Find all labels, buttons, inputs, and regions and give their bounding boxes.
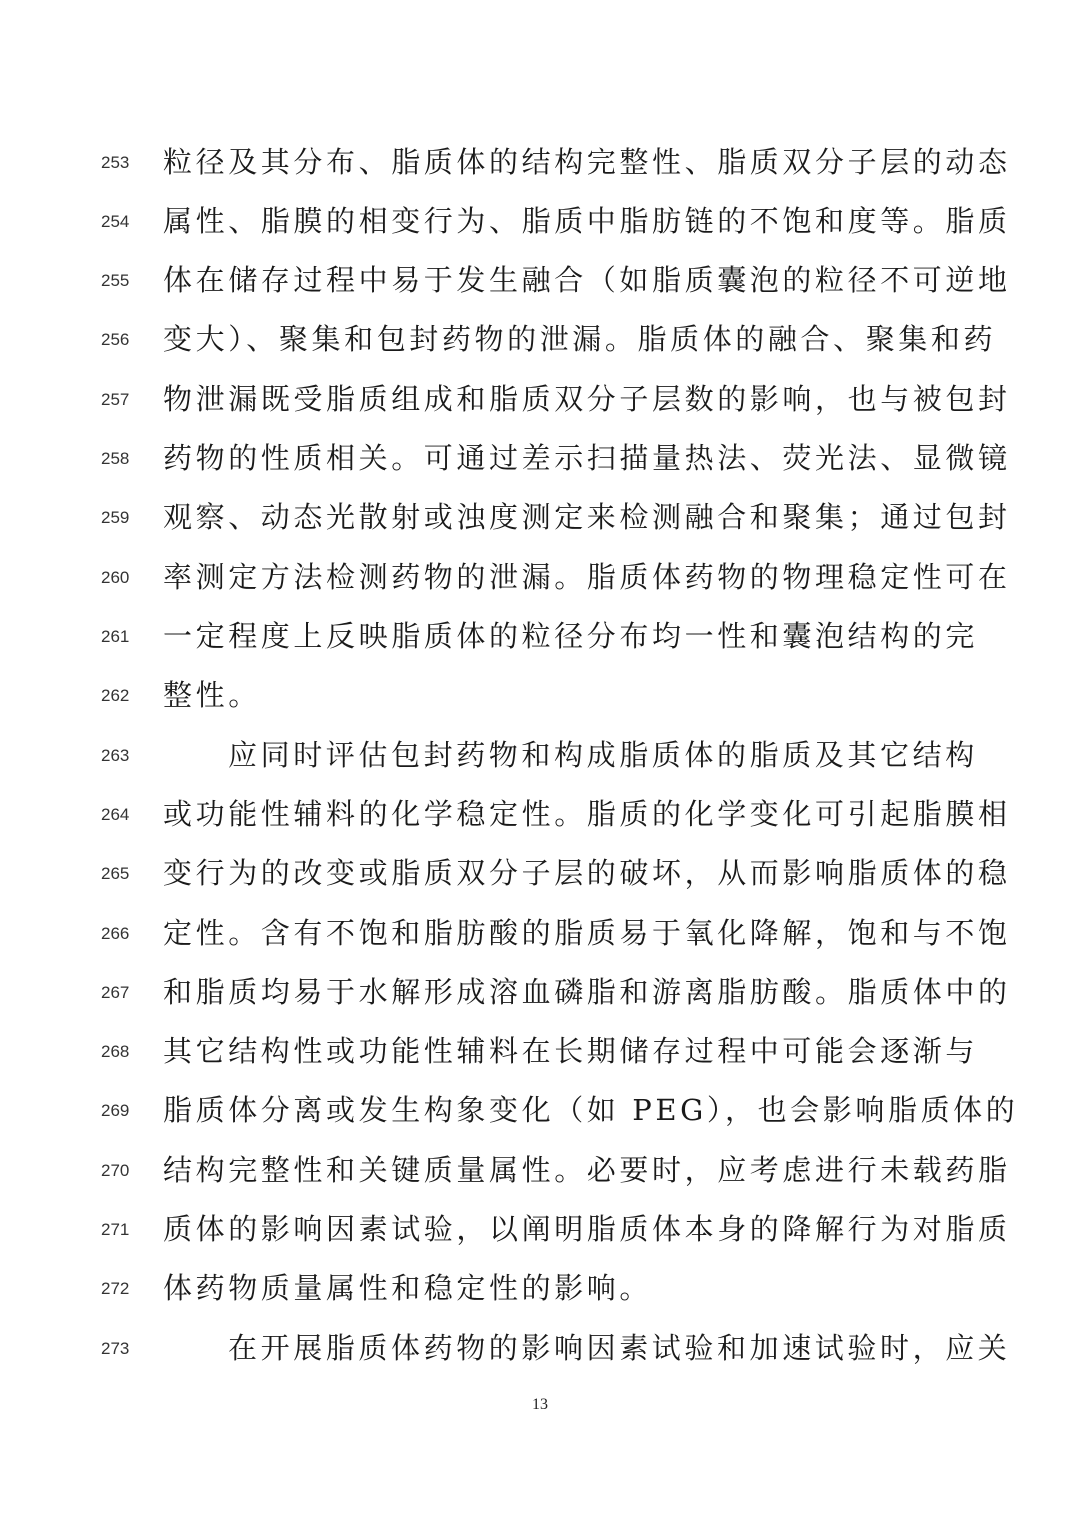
document-line: 266 定性。含有不饱和脂肪酸的脂质易于氧化降解，饱和与不饱	[0, 904, 1080, 963]
line-text: 脂质体分离或发生构象变化（如 PEG），也会影响脂质体的	[163, 1081, 923, 1140]
line-number: 265	[101, 844, 135, 903]
document-line: 258 药物的性质相关。可通过差示扫描量热法、荧光法、显微镜	[0, 429, 1080, 488]
line-number: 257	[101, 370, 135, 429]
line-number: 253	[101, 133, 135, 192]
line-text: 整性。	[163, 666, 923, 725]
document-line: 271 质体的影响因素试验，以阐明脂质体本身的降解行为对脂质	[0, 1200, 1080, 1259]
line-text: 结构完整性和关键质量属性。必要时，应考虑进行未载药脂	[163, 1141, 923, 1200]
line-number: 254	[101, 192, 135, 251]
document-page: 253 粒径及其分布、脂质体的结构完整性、脂质双分子层的动态 254 属性、脂膜…	[0, 0, 1080, 1527]
document-line: 256 变大）、聚集和包封药物的泄漏。脂质体的融合、聚集和药	[0, 310, 1080, 369]
line-text: 变行为的改变或脂质双分子层的破坏，从而影响脂质体的稳	[163, 844, 923, 903]
document-line: 262 整性。	[0, 666, 1080, 725]
line-number: 263	[101, 726, 135, 785]
line-text: 变大）、聚集和包封药物的泄漏。脂质体的融合、聚集和药	[163, 310, 923, 369]
line-number: 270	[101, 1141, 135, 1200]
line-text: 或功能性辅料的化学稳定性。脂质的化学变化可引起脂膜相	[163, 785, 923, 844]
line-text: 和脂质均易于水解形成溶血磷脂和游离脂肪酸。脂质体中的	[163, 963, 923, 1022]
line-number: 271	[101, 1200, 135, 1259]
line-text: 其它结构性或功能性辅料在长期储存过程中可能会逐渐与	[163, 1022, 923, 1081]
document-line: 269 脂质体分离或发生构象变化（如 PEG），也会影响脂质体的	[0, 1081, 1080, 1140]
document-line: 265 变行为的改变或脂质双分子层的破坏，从而影响脂质体的稳	[0, 844, 1080, 903]
line-number: 261	[101, 607, 135, 666]
line-number: 262	[101, 666, 135, 725]
line-number: 268	[101, 1022, 135, 1081]
document-line: 272 体药物质量属性和稳定性的影响。	[0, 1259, 1080, 1318]
line-number: 264	[101, 785, 135, 844]
document-line: 263 应同时评估包封药物和构成脂质体的脂质及其它结构	[0, 726, 1080, 785]
line-number: 266	[101, 904, 135, 963]
document-line: 261 一定程度上反映脂质体的粒径分布均一性和囊泡结构的完	[0, 607, 1080, 666]
line-text: 率测定方法检测药物的泄漏。脂质体药物的物理稳定性可在	[163, 548, 923, 607]
line-number: 256	[101, 310, 135, 369]
line-text: 观察、动态光散射或浊度测定来检测融合和聚集；通过包封	[163, 488, 923, 547]
document-line: 259 观察、动态光散射或浊度测定来检测融合和聚集；通过包封	[0, 488, 1080, 547]
line-text: 一定程度上反映脂质体的粒径分布均一性和囊泡结构的完	[163, 607, 923, 666]
line-number: 255	[101, 251, 135, 310]
document-line: 257 物泄漏既受脂质组成和脂质双分子层数的影响，也与被包封	[0, 370, 1080, 429]
line-text: 物泄漏既受脂质组成和脂质双分子层数的影响，也与被包封	[163, 370, 923, 429]
line-text: 药物的性质相关。可通过差示扫描量热法、荧光法、显微镜	[163, 429, 923, 488]
document-line: 260 率测定方法检测药物的泄漏。脂质体药物的物理稳定性可在	[0, 548, 1080, 607]
document-line: 270 结构完整性和关键质量属性。必要时，应考虑进行未载药脂	[0, 1141, 1080, 1200]
line-number: 267	[101, 963, 135, 1022]
line-number: 258	[101, 429, 135, 488]
document-line: 268 其它结构性或功能性辅料在长期储存过程中可能会逐渐与	[0, 1022, 1080, 1081]
document-line: 267 和脂质均易于水解形成溶血磷脂和游离脂肪酸。脂质体中的	[0, 963, 1080, 1022]
line-text: 粒径及其分布、脂质体的结构完整性、脂质双分子层的动态	[163, 133, 923, 192]
line-text: 属性、脂膜的相变行为、脂质中脂肪链的不饱和度等。脂质	[163, 192, 923, 251]
line-text: 体在储存过程中易于发生融合（如脂质囊泡的粒径不可逆地	[163, 251, 923, 310]
line-number: 259	[101, 488, 135, 547]
document-line: 253 粒径及其分布、脂质体的结构完整性、脂质双分子层的动态	[0, 133, 1080, 192]
line-text: 质体的影响因素试验，以阐明脂质体本身的降解行为对脂质	[163, 1200, 923, 1259]
line-text: 体药物质量属性和稳定性的影响。	[163, 1259, 923, 1318]
line-text: 定性。含有不饱和脂肪酸的脂质易于氧化降解，饱和与不饱	[163, 904, 923, 963]
line-text: 在开展脂质体药物的影响因素试验和加速试验时，应关	[228, 1319, 988, 1378]
line-number: 260	[101, 548, 135, 607]
page-number: 13	[0, 1396, 1080, 1414]
document-line: 255 体在储存过程中易于发生融合（如脂质囊泡的粒径不可逆地	[0, 251, 1080, 310]
document-line: 273 在开展脂质体药物的影响因素试验和加速试验时，应关	[0, 1319, 1080, 1378]
line-number: 273	[101, 1319, 135, 1378]
line-number: 269	[101, 1081, 135, 1140]
document-line: 264 或功能性辅料的化学稳定性。脂质的化学变化可引起脂膜相	[0, 785, 1080, 844]
line-number: 272	[101, 1259, 135, 1318]
line-text: 应同时评估包封药物和构成脂质体的脂质及其它结构	[228, 726, 988, 785]
document-line: 254 属性、脂膜的相变行为、脂质中脂肪链的不饱和度等。脂质	[0, 192, 1080, 251]
